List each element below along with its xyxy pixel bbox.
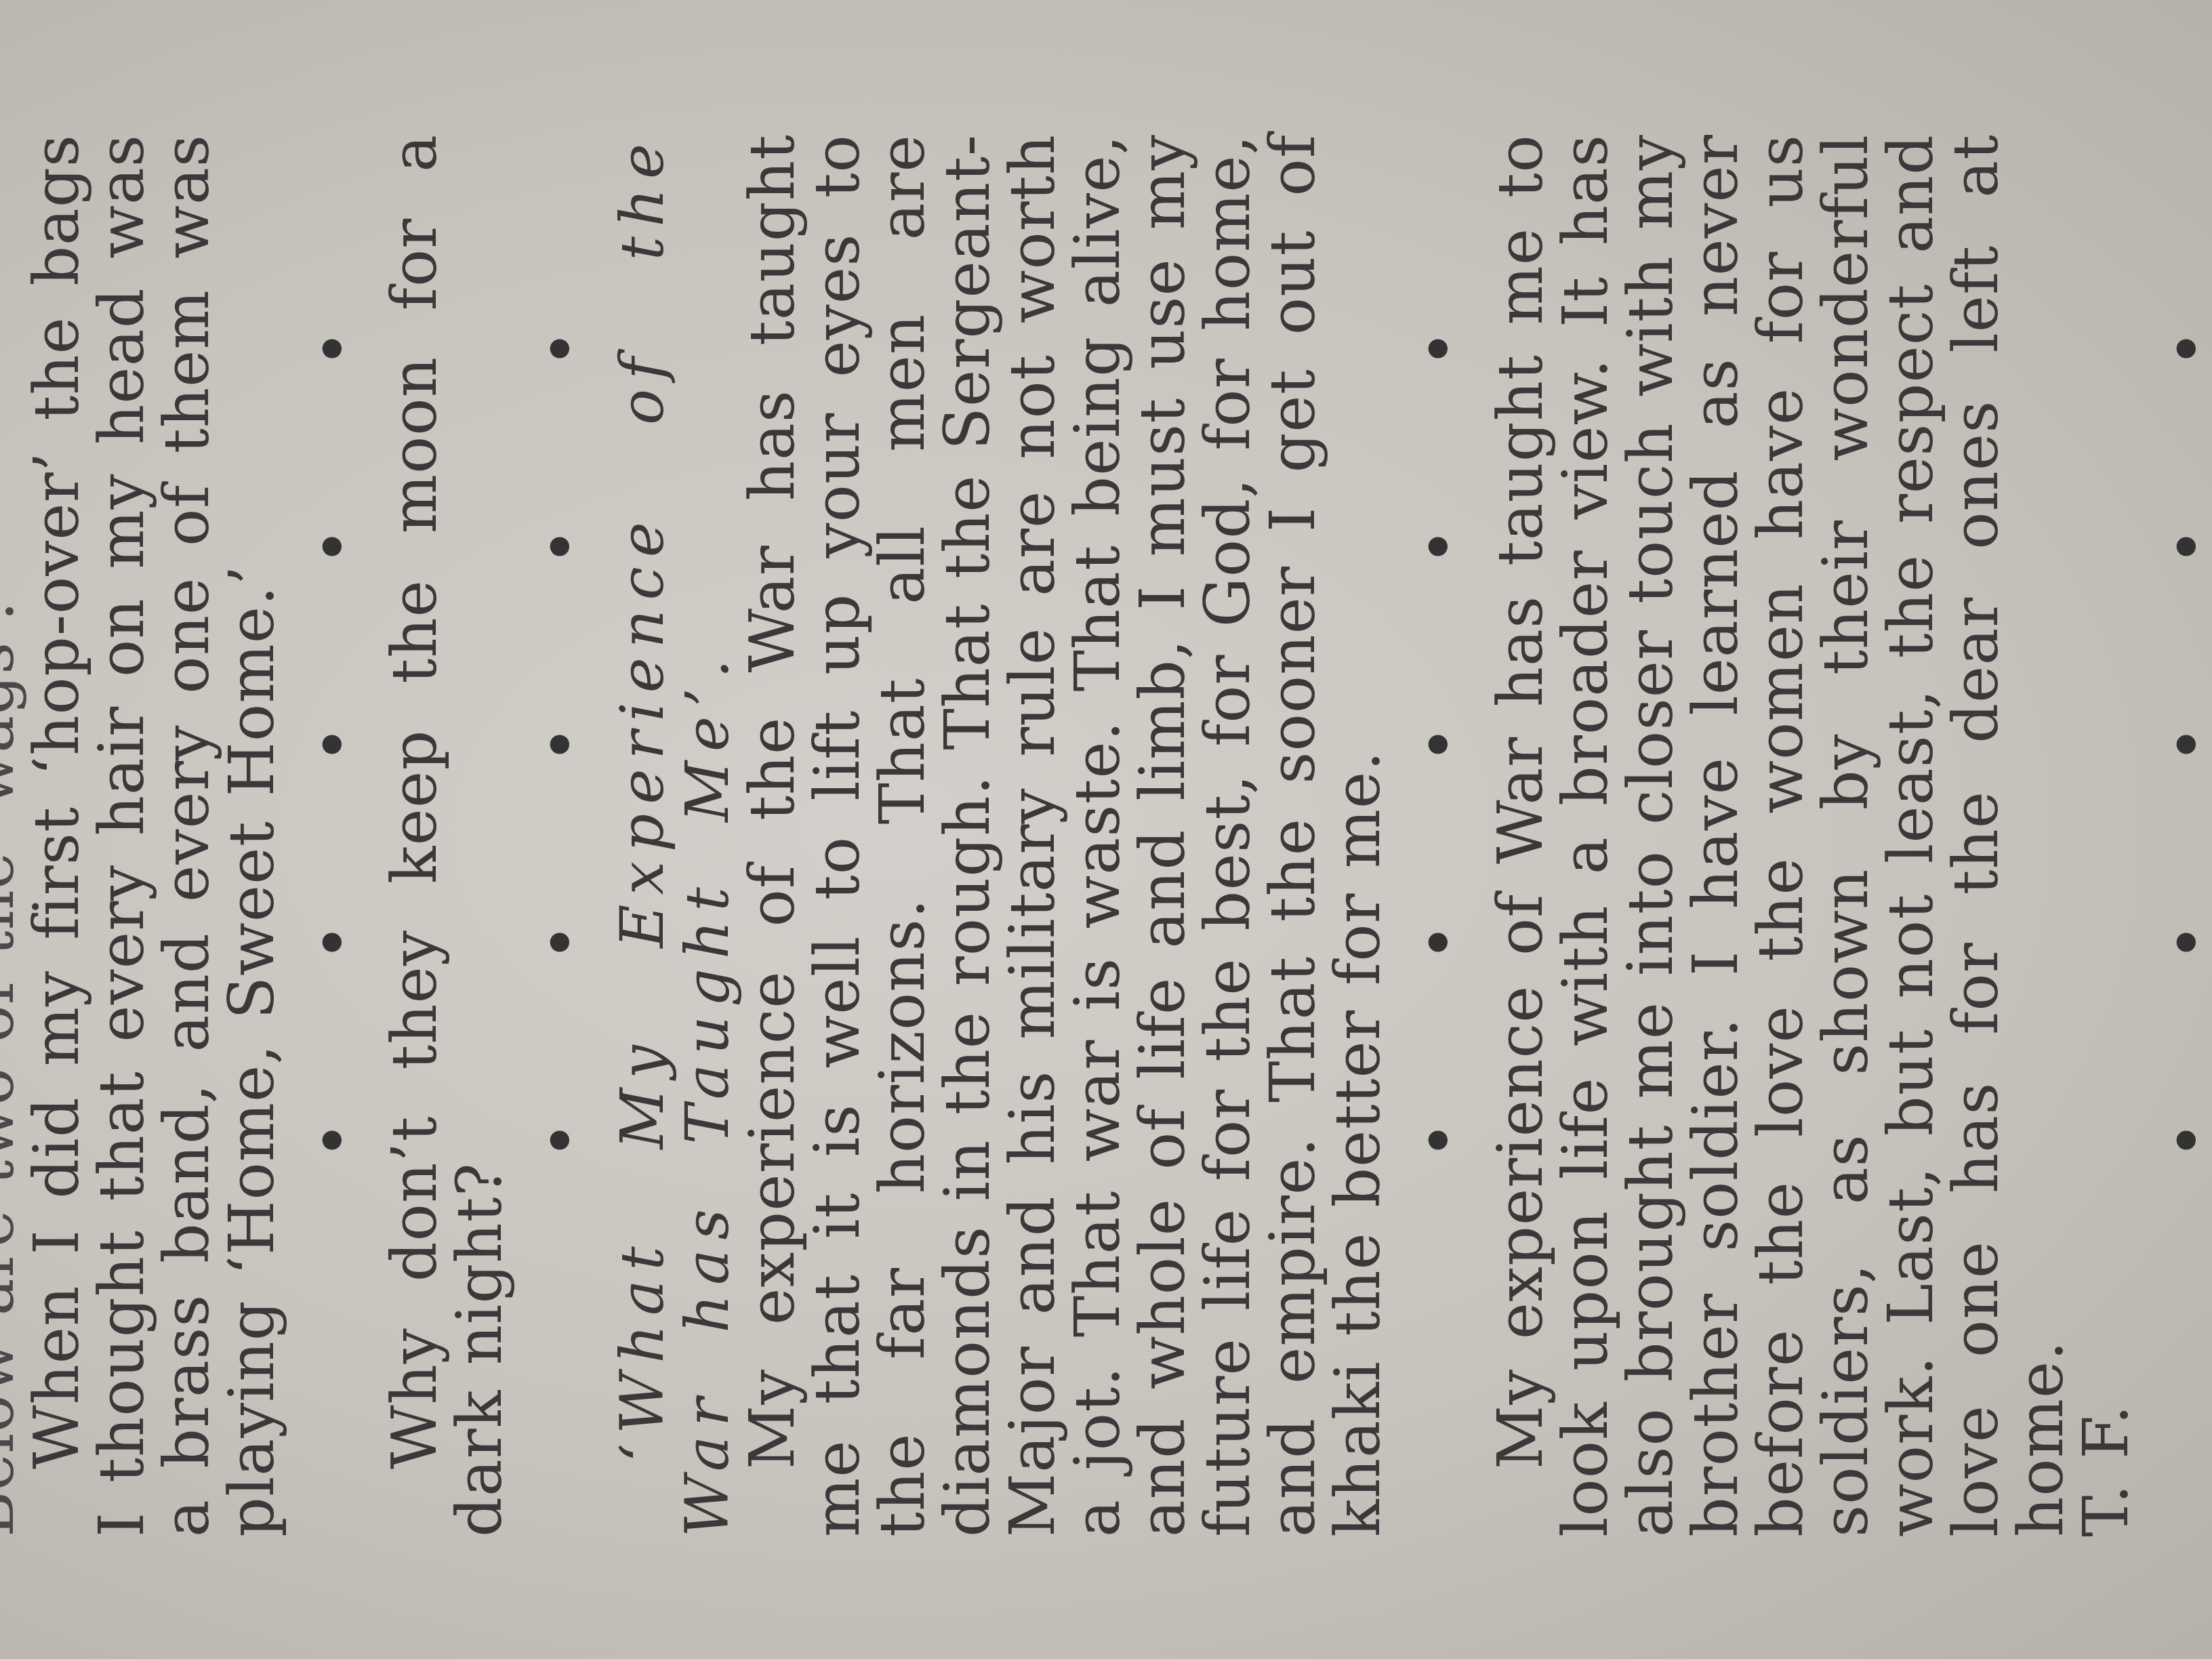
essay-1-paragraph: My experience of the War has taught me t…: [740, 134, 1391, 1537]
essay-heading: ‘What My Experience of the War has Taugh…: [610, 134, 740, 1537]
section-separator-2: • • • • •: [529, 134, 594, 1537]
separator-dot: •: [1407, 748, 1472, 762]
essay-2-paragraph: My experience of War has taught me to lo…: [1488, 134, 2074, 1537]
essay-2-signature: T. F.: [2074, 134, 2139, 1537]
separator-dot: •: [301, 352, 366, 366]
section-separator-4: • • • • •: [2155, 134, 2212, 1537]
separator-dot: •: [2155, 550, 2212, 564]
section-separator-3: • • • • •: [1407, 134, 1472, 1537]
separator-dot: •: [1407, 1144, 1472, 1158]
separator-dot: •: [2155, 1144, 2212, 1158]
separator-dot: •: [1407, 946, 1472, 960]
separator-dot: •: [2155, 748, 2212, 762]
separator-dot: •: [301, 1144, 366, 1158]
separator-dot: •: [301, 946, 366, 960]
separator-dot: •: [2155, 352, 2212, 366]
text-column: Below are two of the ‘wags’. When I did …: [0, 134, 2212, 1537]
book-page: Below are two of the ‘wags’. When I did …: [0, 0, 2212, 1659]
separator-dot: •: [301, 550, 366, 564]
wag-1-paragraph: When I did my first ‘hop-over’ the bags …: [24, 134, 285, 1537]
section-separator-1: • • • • •: [301, 134, 366, 1537]
separator-dot: •: [529, 1144, 594, 1158]
separator-dot: •: [529, 550, 594, 564]
photo-frame: Below are two of the ‘wags’. When I did …: [0, 0, 2212, 1659]
separator-dot: •: [529, 352, 594, 366]
separator-dot: •: [2155, 946, 2212, 960]
separator-dot: •: [529, 748, 594, 762]
separator-dot: •: [301, 748, 366, 762]
separator-dot: •: [1407, 352, 1472, 366]
separator-dot: •: [529, 946, 594, 960]
wag-2-paragraph: Why don’t they keep the moon for a dark …: [382, 134, 512, 1537]
separator-dot: •: [1407, 550, 1472, 564]
